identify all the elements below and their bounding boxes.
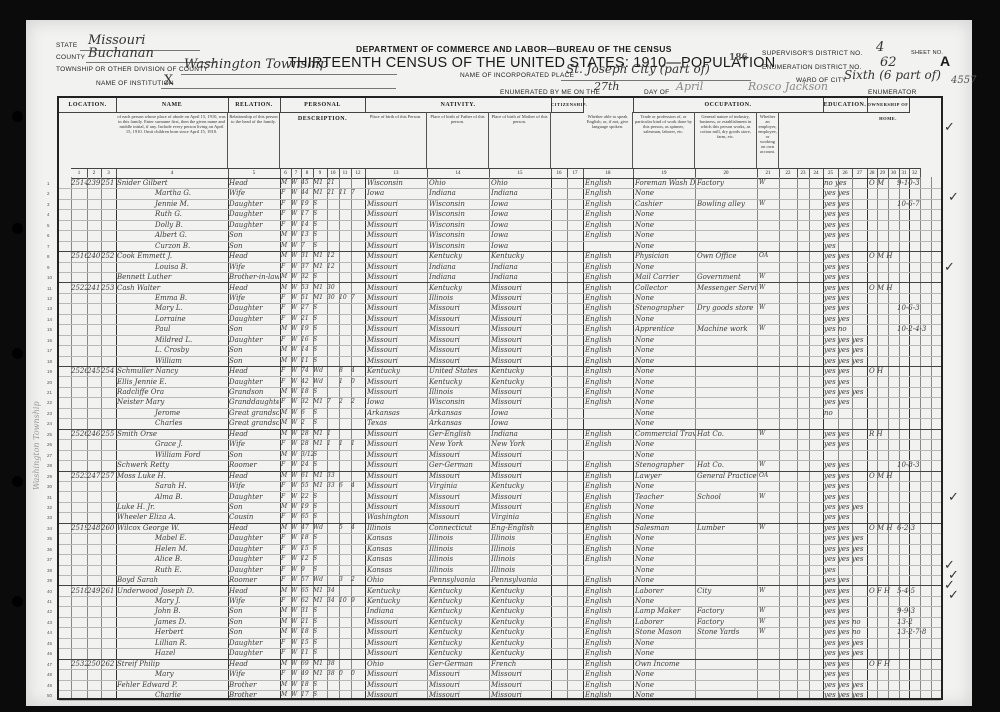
cell-relation: Grandson <box>229 387 279 397</box>
cell-farm <box>897 230 943 240</box>
cell-bpf: Wisconsin <box>429 241 489 251</box>
cell-born <box>339 230 350 240</box>
cell-lang: English <box>585 627 633 637</box>
cell-race: W <box>291 272 301 282</box>
cell-name: Neister Mary <box>117 397 227 407</box>
cell-bpf: Illinois <box>429 544 489 554</box>
cell-own <box>869 293 899 303</box>
cell-race: W <box>291 533 301 543</box>
cell-dwelling: 248 <box>87 523 101 533</box>
cell-lang: English <box>585 293 633 303</box>
cell-name: Cash Walter <box>117 283 227 293</box>
institution-label: NAME OF INSTITUTION <box>96 80 174 87</box>
line-number: 25 <box>47 432 52 437</box>
cell-bp: Missouri <box>367 230 427 240</box>
cell-trade: None <box>635 575 695 585</box>
cell-bpf: Kentucky <box>429 627 489 637</box>
cell-bp: Missouri <box>367 492 427 502</box>
cell-farm <box>897 366 943 376</box>
cell-ed: yes yes <box>824 199 868 209</box>
cell-emp <box>759 544 779 554</box>
cell-street: 2532 <box>71 659 87 669</box>
cell-dwelling <box>87 230 101 240</box>
cell-marital: S <box>313 230 327 240</box>
cell-dwelling <box>87 450 101 460</box>
cell-marital: M1 <box>313 293 327 303</box>
cell-ed: yes yes <box>824 659 868 669</box>
cell-bpm: Pennsylvania <box>491 575 551 585</box>
cell-own <box>869 209 899 219</box>
cell-emp <box>759 575 779 585</box>
cell-dwelling <box>87 638 101 648</box>
cell-born: 3 <box>339 575 350 585</box>
cell-name: Wilcox George W. <box>117 523 227 533</box>
cell-farm <box>897 544 943 554</box>
line-number: 49 <box>47 683 52 688</box>
cell-lang: English <box>585 512 633 522</box>
cell-own <box>869 575 899 585</box>
cell-industry: Factory <box>697 178 757 188</box>
cell-lang: English <box>585 345 633 355</box>
line-number: 37 <box>47 557 52 562</box>
cell-lang: English <box>585 209 633 219</box>
cell-bpf: Arkansas <box>429 418 489 428</box>
cell-emp: W <box>759 586 779 596</box>
cell-living: 4 <box>351 523 363 533</box>
cell-industry <box>697 230 757 240</box>
cell-marital: S <box>313 387 327 397</box>
cell-trade: None <box>635 387 695 397</box>
cell-ed: yes yes <box>824 460 868 470</box>
cell-bpf: Wisconsin <box>429 397 489 407</box>
cell-relation: Son <box>229 230 279 240</box>
cell-own <box>869 387 899 397</box>
cell-age: 7 <box>301 241 313 251</box>
binder-hole <box>12 223 23 234</box>
cell-race: W <box>291 293 301 303</box>
cell-trade: None <box>635 377 695 387</box>
cell-lang: English <box>585 335 633 345</box>
cell-sex: M <box>281 387 291 397</box>
cell-trade: None <box>635 345 695 355</box>
binder-hole <box>12 111 23 122</box>
cell-years: 21 <box>327 178 337 188</box>
cell-lang: English <box>585 680 633 690</box>
cell-lang: English <box>585 502 633 512</box>
cell-years: 30 <box>327 293 337 303</box>
cell-years <box>327 324 337 334</box>
cell-emp: W <box>759 272 779 282</box>
cell-dwelling <box>87 408 101 418</box>
cell-dwelling <box>87 335 101 345</box>
cell-dwelling <box>87 262 101 272</box>
cell-age: 28 <box>301 439 313 449</box>
cell-industry <box>697 544 757 554</box>
cell-lang: English <box>585 199 633 209</box>
cell-dwelling <box>87 648 101 658</box>
cell-emp: W <box>759 627 779 637</box>
cell-bpf: Missouri <box>429 303 489 313</box>
cell-trade: Stenographer <box>635 303 695 313</box>
cell-sex: F <box>281 460 291 470</box>
cell-age: 18 <box>301 627 313 637</box>
cell-born <box>339 565 350 575</box>
group-personal: PERSONAL DESCRIPTION. <box>280 98 366 113</box>
cell-industry <box>697 262 757 272</box>
cell-farm: 10-8-3 <box>897 460 943 470</box>
cell-family <box>101 502 116 512</box>
cell-lang <box>585 241 633 251</box>
cell-own <box>869 450 899 460</box>
cell-ed: yes yes yes <box>824 638 868 648</box>
cell-ed: yes yes <box>824 188 868 198</box>
cell-relation: Daughter <box>229 199 279 209</box>
cell-trade: None <box>635 418 695 428</box>
cell-bpm: French <box>491 659 551 669</box>
cell-street <box>71 512 87 522</box>
cell-age: 44 <box>301 188 313 198</box>
cell-own <box>869 345 899 355</box>
cell-ed <box>824 450 868 460</box>
sheet-label: SHEET NO. <box>911 50 943 56</box>
col-birth-father: Place of birth of Father of this person. <box>427 112 489 168</box>
cell-own <box>869 335 899 345</box>
cell-living <box>351 356 363 366</box>
cell-years <box>327 418 337 428</box>
cell-lang: English <box>585 188 633 198</box>
cell-dwelling <box>87 377 101 387</box>
county-value: Buchanan <box>88 46 154 61</box>
line-number: 1 <box>47 181 50 186</box>
cell-sex: M <box>281 178 291 188</box>
line-number: 42 <box>47 609 52 614</box>
cell-bp: Missouri <box>367 680 427 690</box>
cell-age: 12 <box>301 554 313 564</box>
cell-name: Smith Orse <box>117 429 227 439</box>
cell-race: W <box>291 397 301 407</box>
cell-industry <box>697 377 757 387</box>
col-industry: General nature of industry, business, or… <box>695 112 757 168</box>
cell-family <box>101 397 116 407</box>
cell-relation: Daughter <box>229 638 279 648</box>
line-number: 24 <box>47 421 52 426</box>
cell-street: 2523 <box>71 471 87 481</box>
cell-years <box>327 230 337 240</box>
cell-farm <box>897 209 943 219</box>
cell-sex: F <box>281 397 291 407</box>
group-occupation: OCCUPATION. <box>633 98 824 113</box>
cell-born <box>339 512 350 522</box>
cell-street <box>71 481 87 491</box>
check-mark-icon: ✓ <box>944 120 955 135</box>
cell-ed: yes yes yes <box>824 335 868 345</box>
cell-dwelling: 241 <box>87 283 101 293</box>
cell-street <box>71 241 87 251</box>
cell-lang: English <box>585 690 633 700</box>
cell-age: 57 <box>301 575 313 585</box>
supervisor-label: SUPERVISOR'S DISTRICT NO. <box>762 50 863 57</box>
cell-age: 51 <box>301 293 313 303</box>
line-number: 10 <box>47 275 52 280</box>
cell-age: 15 <box>301 638 313 648</box>
cell-bpm: Eng-English <box>491 523 551 533</box>
cell-bp: Kansas <box>367 565 427 575</box>
cell-own <box>869 680 899 690</box>
cell-relation: Head <box>229 283 279 293</box>
cell-emp <box>759 659 779 669</box>
cell-bp: Missouri <box>367 439 427 449</box>
cell-industry: Messenger Service <box>697 283 757 293</box>
cell-marital: S <box>313 638 327 648</box>
cell-lang: English <box>585 230 633 240</box>
cell-street <box>71 387 87 397</box>
cell-marital: S <box>313 533 327 543</box>
cell-farm <box>897 492 943 502</box>
cell-name: Underwood Joseph D. <box>117 586 227 596</box>
cell-sex: M <box>281 324 291 334</box>
cell-family <box>101 627 116 637</box>
cell-years: 21 <box>327 188 337 198</box>
cell-dwelling <box>87 575 101 585</box>
cell-bpf: Illinois <box>429 533 489 543</box>
cell-emp <box>759 209 779 219</box>
cell-ed: yes yes yes <box>824 356 868 366</box>
cell-age: 74 <box>301 366 313 376</box>
cell-own <box>869 241 899 251</box>
cell-born: 11 <box>339 188 350 198</box>
cell-race: W <box>291 345 301 355</box>
cell-sex: M <box>281 408 291 418</box>
cell-own <box>869 220 899 230</box>
cell-marital: S <box>313 241 327 251</box>
cell-sex: M <box>281 272 291 282</box>
cell-bpf: Kentucky <box>429 617 489 627</box>
cell-sex: F <box>281 220 291 230</box>
cell-bpm: Illinois <box>491 533 551 543</box>
cell-lang: English <box>585 586 633 596</box>
cell-relation: Head <box>229 429 279 439</box>
cell-relation: Great grandson <box>229 408 279 418</box>
cell-bpf: Indiana <box>429 188 489 198</box>
cell-age: 27 <box>301 303 313 313</box>
cell-street <box>71 345 87 355</box>
cell-living <box>351 544 363 554</box>
cell-family: 255 <box>101 429 116 439</box>
line-number: 7 <box>47 244 50 249</box>
cell-trade: None <box>635 293 695 303</box>
cell-industry <box>697 314 757 324</box>
cell-ed: yes yes yes <box>824 544 868 554</box>
group-language <box>583 98 634 112</box>
cell-trade: Own Income <box>635 659 695 669</box>
margin-note: Washington Township <box>32 401 41 490</box>
cell-age: 37 <box>301 262 313 272</box>
cell-bpf: Missouri <box>429 492 489 502</box>
cell-living <box>351 617 363 627</box>
cell-trade: Commercial Traveler <box>635 429 695 439</box>
cell-lang <box>585 418 633 428</box>
cell-emp: W <box>759 283 779 293</box>
cell-sex: F <box>281 492 291 502</box>
cell-street <box>71 460 87 470</box>
line-number: 5 <box>47 223 50 228</box>
cell-emp <box>759 638 779 648</box>
cell-farm <box>897 439 943 449</box>
cell-own: O F H <box>869 659 899 669</box>
cell-emp <box>759 387 779 397</box>
cell-years: 12 <box>327 262 337 272</box>
cell-relation: Head <box>229 251 279 261</box>
cell-dwelling <box>87 512 101 522</box>
cell-ed: yes yes <box>824 220 868 230</box>
cell-relation: Wife <box>229 596 279 606</box>
line-number: 46 <box>47 651 52 656</box>
cell-dwelling <box>87 627 101 637</box>
cell-family: 251 <box>101 178 116 188</box>
cell-industry <box>697 356 757 366</box>
cell-emp: W <box>759 617 779 627</box>
cell-living <box>351 680 363 690</box>
cell-marital: S <box>313 408 327 418</box>
cell-own <box>869 502 899 512</box>
cell-bp: Missouri <box>367 262 427 272</box>
cell-trade: None <box>635 230 695 240</box>
cell-sex: M <box>281 502 291 512</box>
cell-race: W <box>291 314 301 324</box>
cell-lang <box>585 408 633 418</box>
cell-marital: S <box>313 492 327 502</box>
cell-name: Schmuller Nancy <box>117 366 227 376</box>
cell-born <box>339 638 350 648</box>
cell-bpf: Pennsylvania <box>429 575 489 585</box>
cell-marital: S <box>313 199 327 209</box>
cell-race: W <box>291 606 301 616</box>
cell-farm <box>897 387 943 397</box>
cell-farm <box>897 575 943 585</box>
cell-dwelling <box>87 554 101 564</box>
cell-bpf: Missouri <box>429 335 489 345</box>
cell-relation: Brother <box>229 690 279 700</box>
cell-born <box>339 586 350 596</box>
cell-emp <box>759 188 779 198</box>
cell-ed: yes yes yes <box>824 648 868 658</box>
cell-own <box>869 324 899 334</box>
cell-dwelling: 246 <box>87 429 101 439</box>
cell-lang: English <box>585 460 633 470</box>
cell-marital: S <box>313 648 327 658</box>
col-birth-person: Place of birth of this Person. <box>365 112 427 168</box>
cell-sex: F <box>281 199 291 209</box>
cell-living <box>351 690 363 700</box>
cell-emp <box>759 397 779 407</box>
cell-own: O M H <box>869 471 899 481</box>
cell-marital: M1 <box>313 262 327 272</box>
cell-years <box>327 502 337 512</box>
cell-marital: M1 <box>313 659 327 669</box>
cell-ed: yes yes <box>824 397 868 407</box>
cell-bpm: New York <box>491 439 551 449</box>
cell-years <box>327 335 337 345</box>
cell-own <box>869 481 899 491</box>
cell-years <box>327 627 337 637</box>
cell-family <box>101 512 116 522</box>
cell-trade: None <box>635 481 695 491</box>
cell-farm <box>897 481 943 491</box>
cell-own <box>869 397 899 407</box>
cell-age: 18 <box>301 533 313 543</box>
cell-street <box>71 627 87 637</box>
cell-street <box>71 680 87 690</box>
cell-street: 2518 <box>71 586 87 596</box>
cell-sex: F <box>281 669 291 679</box>
cell-ed: yes yes yes <box>824 345 868 355</box>
cell-sex: F <box>281 314 291 324</box>
cell-bpf: Ohio <box>429 178 489 188</box>
cell-family <box>101 481 116 491</box>
cell-bp: Missouri <box>367 471 427 481</box>
cell-bp: Texas <box>367 418 427 428</box>
table-row: 50CharlieBrotherMW17SMissouriMissouriMis… <box>59 690 941 701</box>
cell-sex: M <box>281 230 291 240</box>
cell-street <box>71 356 87 366</box>
cell-street <box>71 272 87 282</box>
cell-emp <box>759 450 779 460</box>
cell-sex: F <box>281 575 291 585</box>
cell-years <box>327 314 337 324</box>
cell-trade: None <box>635 188 695 198</box>
cell-ed: yes yes no <box>824 617 868 627</box>
line-number: 32 <box>47 505 52 510</box>
cell-age: 31 <box>301 251 313 261</box>
cell-trade: Salesman <box>635 523 695 533</box>
check-mark-icon: ✓ <box>948 490 959 505</box>
cell-age: 15 <box>301 544 313 554</box>
cell-emp: OA <box>759 471 779 481</box>
cell-own <box>869 512 899 522</box>
cell-trade: Lawyer <box>635 471 695 481</box>
cell-age: 21 <box>301 617 313 627</box>
cell-dwelling <box>87 209 101 219</box>
cell-farm <box>897 450 943 460</box>
cell-race: W <box>291 471 301 481</box>
cell-race: W <box>291 387 301 397</box>
cell-trade: Teacher <box>635 492 695 502</box>
cell-years <box>327 638 337 648</box>
cell-born: 2 <box>339 397 350 407</box>
cell-relation: Wife <box>229 262 279 272</box>
cell-ed: yes yes <box>824 314 868 324</box>
cell-born: 10 <box>339 293 350 303</box>
cell-own <box>869 272 899 282</box>
cell-industry <box>697 512 757 522</box>
group-ownership: OWNERSHIP OF HOME. <box>867 98 910 113</box>
cell-industry <box>697 188 757 198</box>
cell-trade: None <box>635 502 695 512</box>
cell-born <box>339 471 350 481</box>
cell-race: W <box>291 627 301 637</box>
cell-own <box>869 627 899 637</box>
cell-sex: M <box>281 680 291 690</box>
census-sheet: STATE Missouri COUNTY Buchanan TOWNSHIP … <box>26 20 972 706</box>
cell-bpm: Missouri <box>491 669 551 679</box>
cell-industry <box>697 575 757 585</box>
cell-marital: S <box>313 460 327 470</box>
cell-trade: None <box>635 335 695 345</box>
cell-street <box>71 397 87 407</box>
cell-bp: Missouri <box>367 220 427 230</box>
col-trade: Trade or profession of, or particular ki… <box>633 112 695 168</box>
cell-dwelling <box>87 439 101 449</box>
